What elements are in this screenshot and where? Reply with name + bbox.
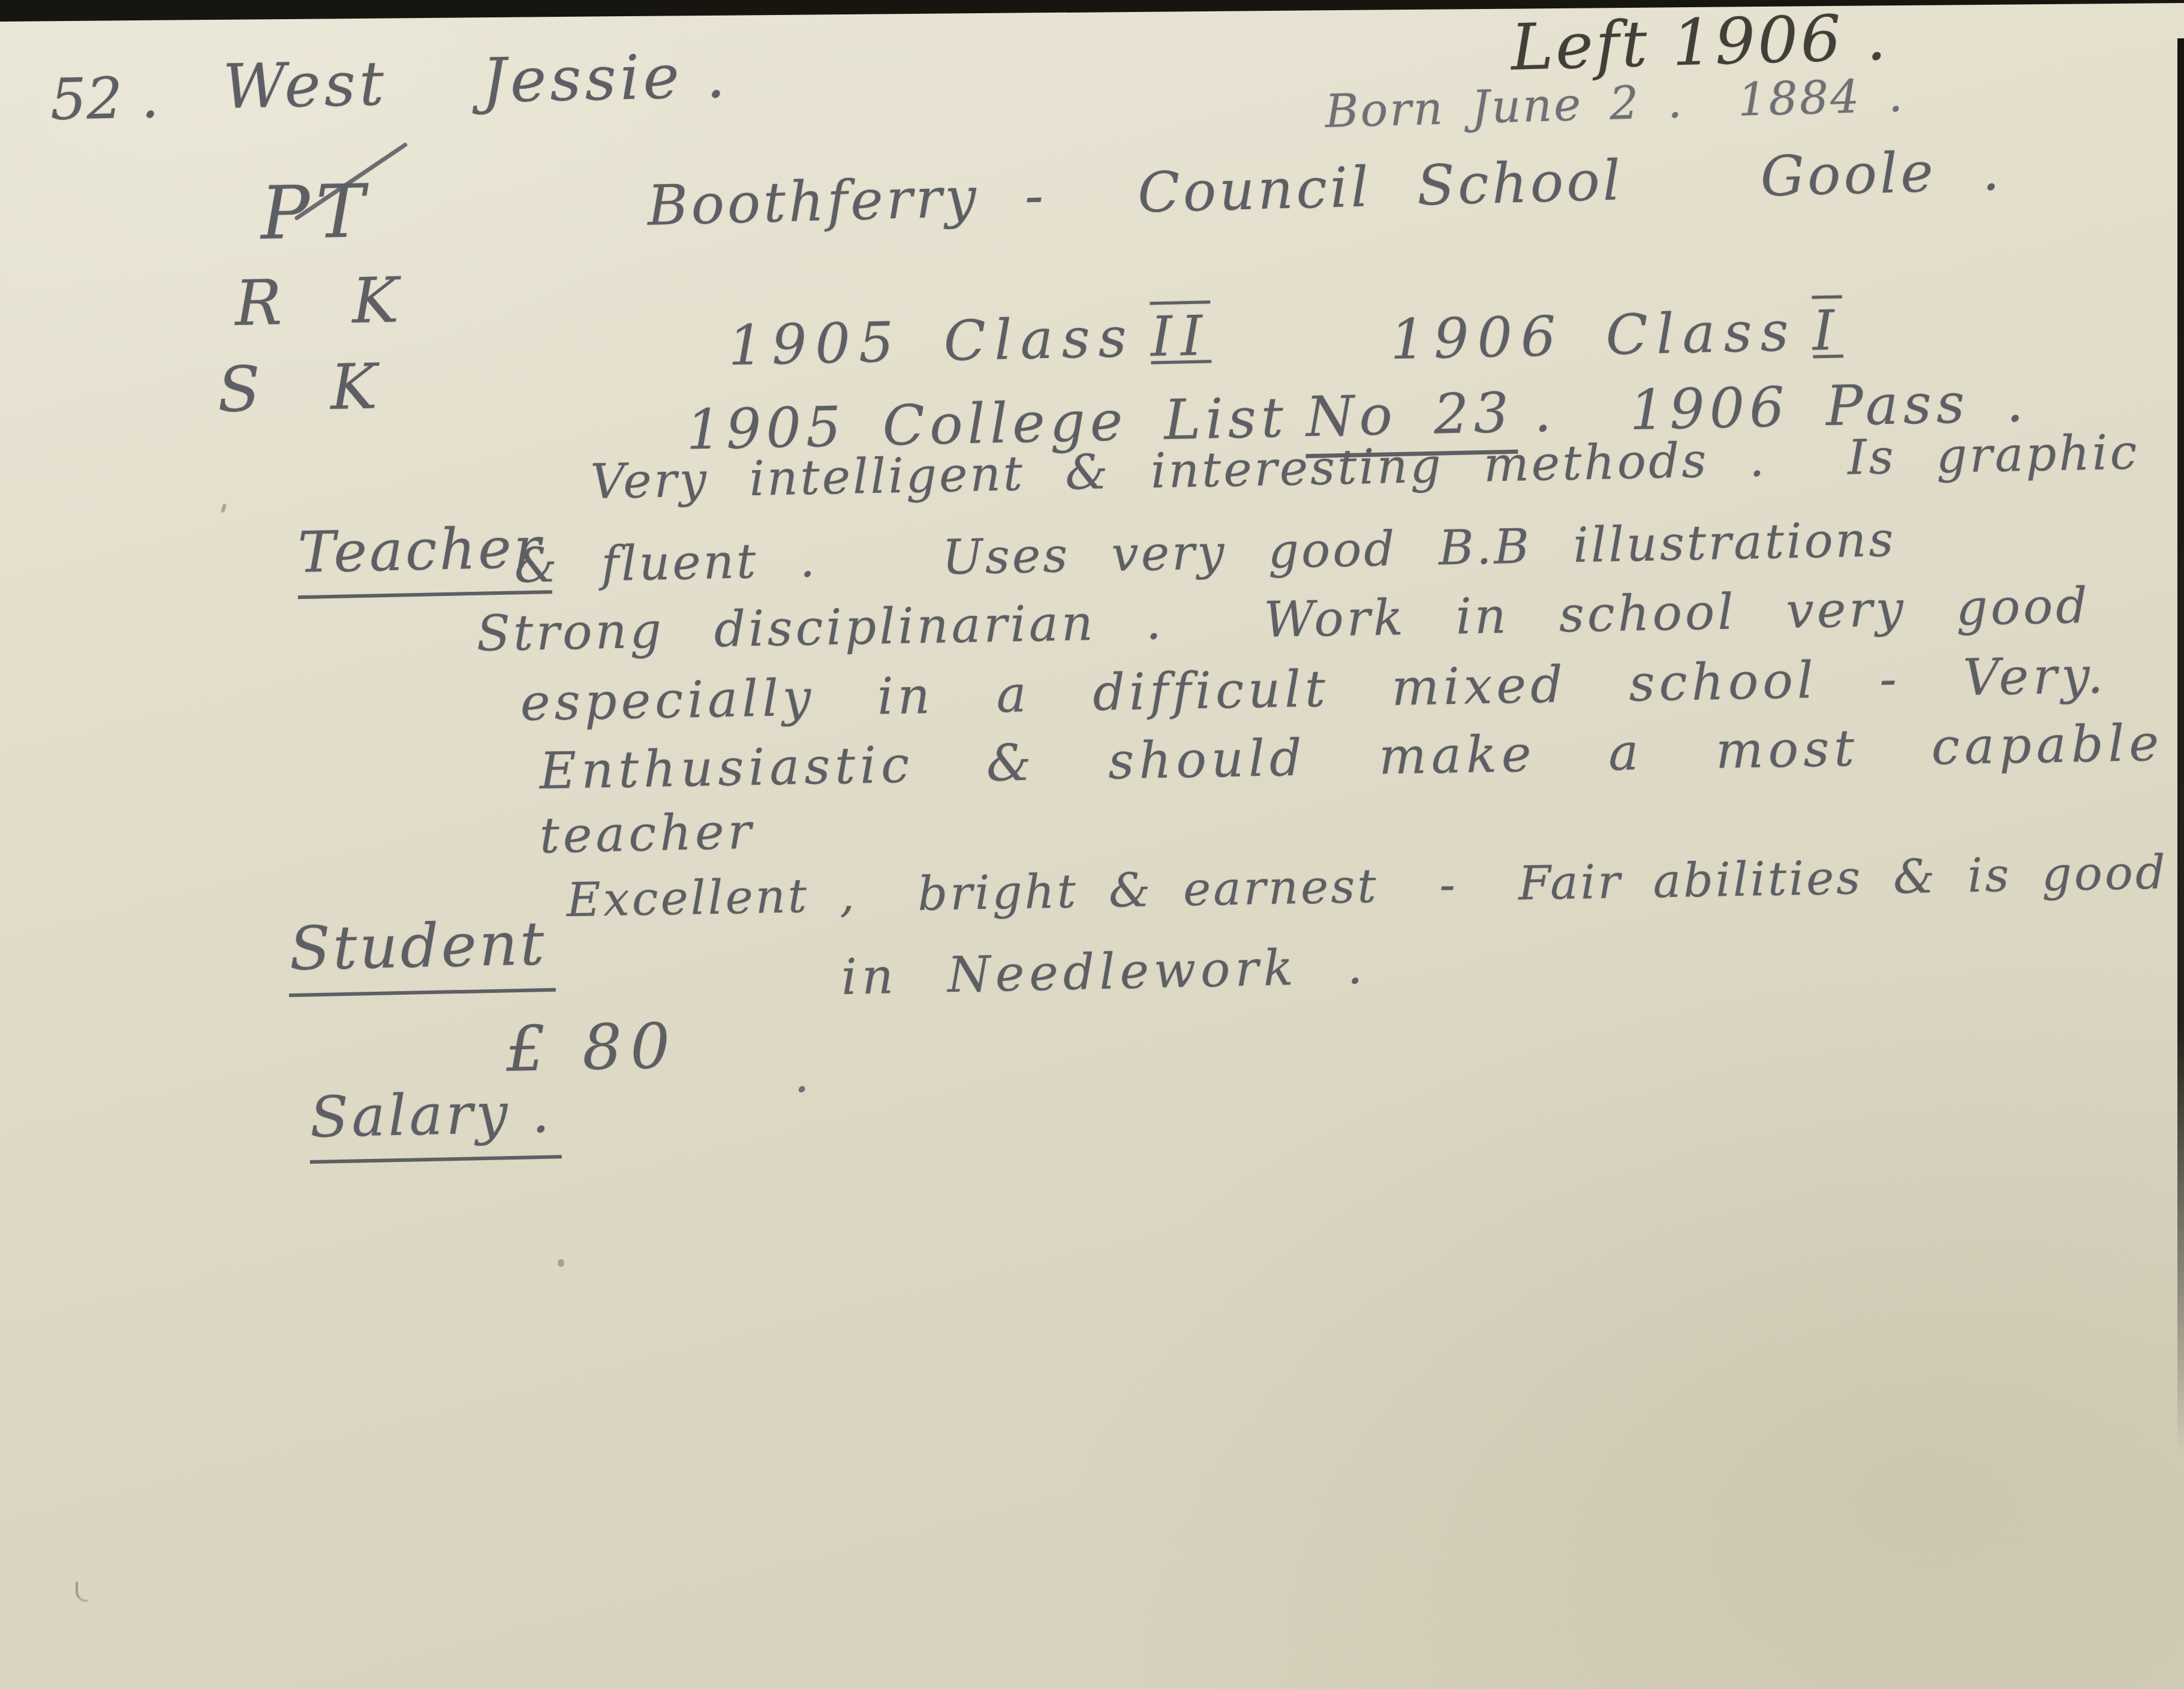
sk-label: S K [217, 354, 403, 423]
student-label: Student [200, 849, 557, 1045]
salary-trailing-mark: . [793, 1050, 810, 1101]
student-comment-line-2: in Needlework . [841, 941, 1368, 1004]
student-label-text: Student [287, 908, 556, 997]
teacher-comment-line-3: Strong disciplinarian . Work in school v… [476, 580, 2090, 660]
teacher-comment-line-4: especially in a difficult mixed school -… [520, 649, 2108, 729]
paper-speck [76, 1582, 88, 1602]
paper-speck [558, 1259, 564, 1267]
record-number: 52 . [50, 68, 160, 131]
teacher-comment-line-6: teacher [539, 806, 756, 862]
born-date-note: Born June 2 . 1884 . [1325, 71, 1905, 136]
student-comment-line-1: Excellent , bright & earnest - Fair abil… [566, 848, 2168, 925]
teacher-comment-line-5: Enthusiastic & should make a most capabl… [539, 716, 2164, 797]
salary-amount: £ 80 [506, 1013, 679, 1082]
salary-label-text: Salary . [308, 1080, 562, 1164]
left-year-note: Left 1906 . [1510, 4, 1890, 81]
surname: West [222, 52, 388, 119]
scanned-record-card: 52 . West Jessie . Left 1906 . Born June… [0, 0, 2184, 1689]
pt-label: PT [260, 173, 371, 252]
forename: Jessie . [482, 44, 730, 113]
scan-edge-right [2177, 38, 2184, 1453]
rk-label: R K [234, 267, 425, 336]
teacher-comment-line-2: & fluent . Uses very good B.B illustrati… [514, 514, 1896, 591]
school-name: Boothferry - Council School Goole . [646, 142, 2003, 236]
